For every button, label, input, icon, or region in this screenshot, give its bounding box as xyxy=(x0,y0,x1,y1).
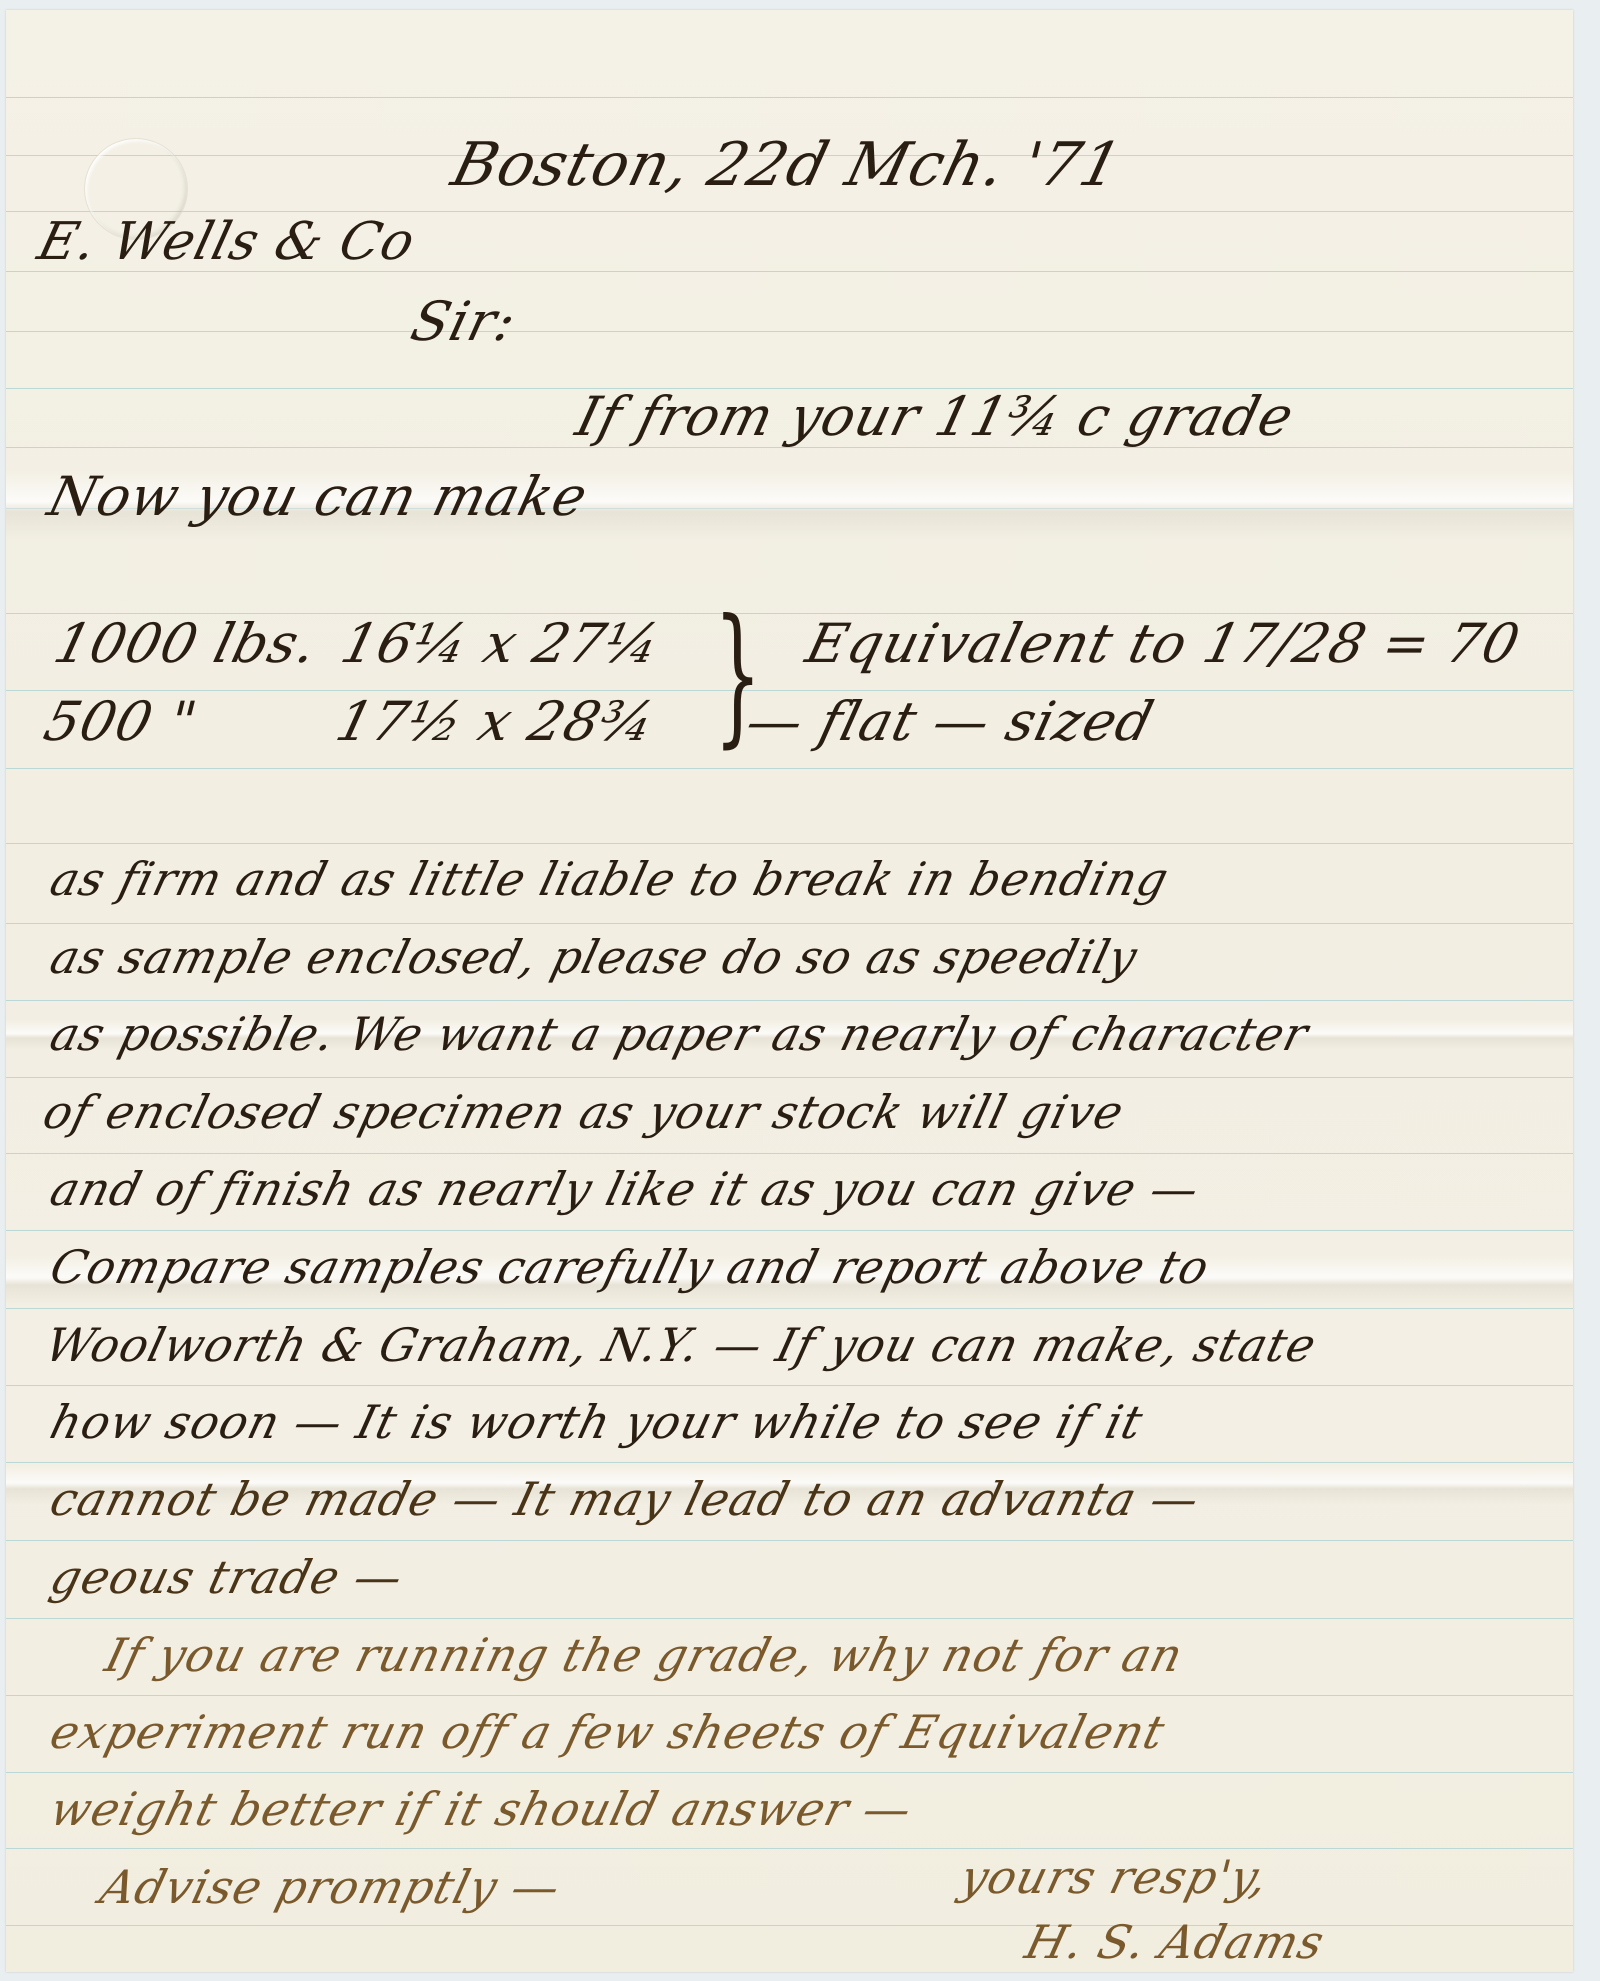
order-row-2-size: 17½ x 28¾ xyxy=(330,690,662,753)
ruled-line xyxy=(6,843,1573,844)
intro-line-2: Now you can make xyxy=(42,465,594,528)
body-line: as firm and as little liable to break in… xyxy=(45,852,1175,906)
ruled-line xyxy=(6,97,1573,98)
closing-note: Advise promptly — xyxy=(95,1860,566,1914)
body-line: If you are running the grade, why not fo… xyxy=(100,1628,1189,1682)
ruled-line xyxy=(6,768,1573,769)
body-line: as possible. We want a paper as nearly o… xyxy=(45,1007,1314,1061)
ruled-line xyxy=(6,1230,1573,1231)
body-line: experiment run off a few sheets of Equiv… xyxy=(45,1705,1171,1759)
body-line: Compare samples carefully and report abo… xyxy=(45,1240,1215,1294)
ruled-line xyxy=(6,331,1573,332)
finish-note: — flat — sized xyxy=(740,690,1160,753)
ruled-line xyxy=(6,1385,1573,1386)
place-date: Boston, 22d Mch. '71 xyxy=(445,130,1129,200)
order-row-2-qty: 500 " xyxy=(38,690,204,753)
body-line: cannot be made — It may lead to an advan… xyxy=(45,1472,1205,1526)
ruled-line xyxy=(6,1540,1573,1541)
order-row-1-size: 16¼ x 27¼ xyxy=(335,612,667,675)
salutation: Sir: xyxy=(405,290,523,353)
intro-line-1: If from your 11¾ c grade xyxy=(570,385,1300,448)
body-line: how soon — It is worth your while to see… xyxy=(45,1395,1149,1449)
order-row-1-qty: 1000 lbs. xyxy=(48,612,324,675)
body-line: Woolworth & Graham, N.Y. — If you can ma… xyxy=(40,1318,1322,1372)
ruled-line xyxy=(6,1618,1573,1619)
ruled-line xyxy=(6,923,1573,924)
body-line: and of finish as nearly like it as you c… xyxy=(45,1162,1205,1216)
ruled-line xyxy=(6,1153,1573,1154)
body-line: as sample enclosed, please do so as spee… xyxy=(45,930,1143,984)
ruled-line xyxy=(6,1848,1573,1849)
ruled-line xyxy=(6,1695,1573,1696)
ruled-line xyxy=(6,1077,1573,1078)
body-line: of enclosed specimen as your stock will … xyxy=(38,1085,1130,1139)
body-line: weight better if it should answer — xyxy=(45,1782,918,1836)
equivalent-note: Equivalent to 17/28 = 70 xyxy=(800,612,1527,675)
ruled-line xyxy=(6,1925,1573,1926)
ruled-line xyxy=(6,1772,1573,1773)
signature: H. S. Adams xyxy=(1020,1915,1330,1969)
body-line: geous trade — xyxy=(45,1550,409,1604)
addressee: E. Wells & Co xyxy=(32,212,421,272)
ruled-line xyxy=(6,1000,1573,1001)
ruled-line xyxy=(6,1308,1573,1309)
ruled-line xyxy=(6,1462,1573,1463)
valediction: yours resp'y, xyxy=(955,1850,1274,1904)
